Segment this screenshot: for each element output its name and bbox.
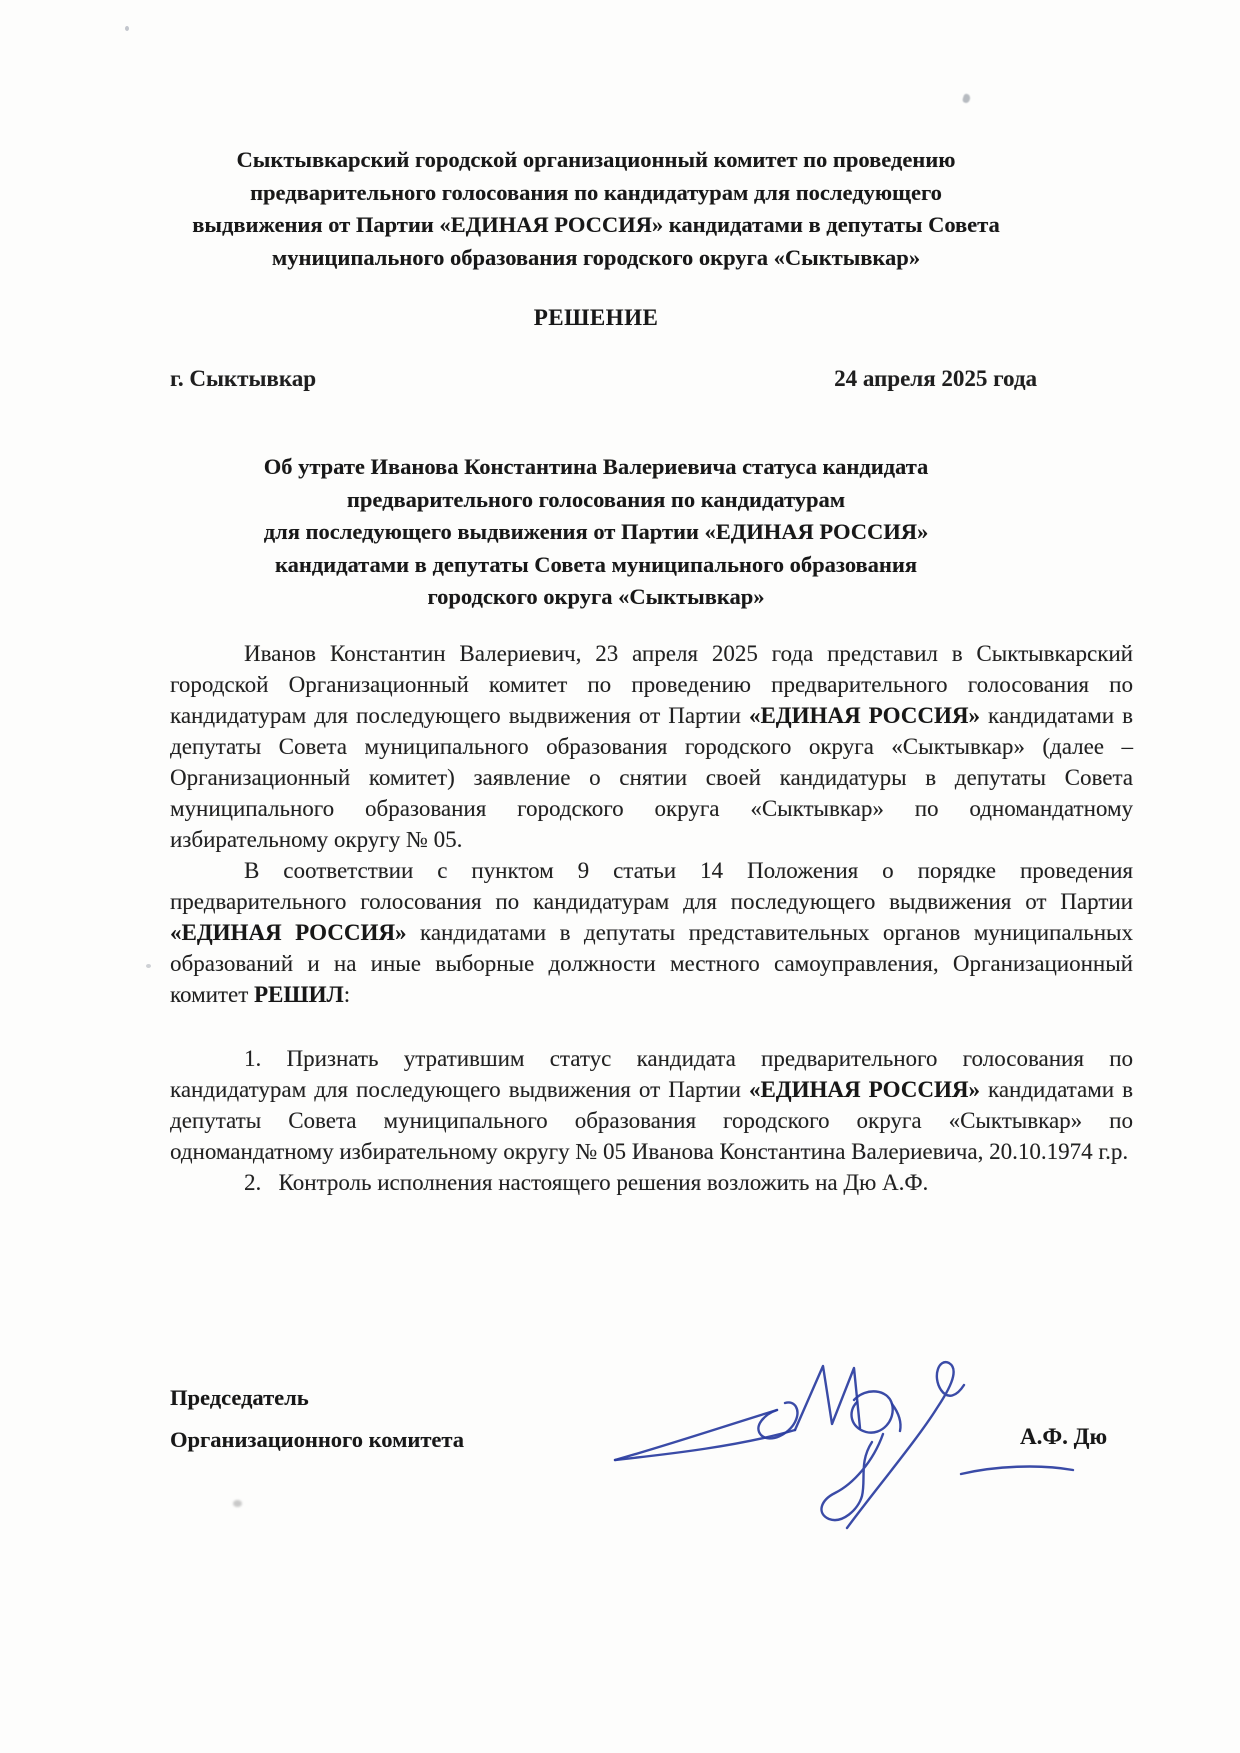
party-name-bold: «ЕДИНАЯ РОССИЯ»: [749, 703, 980, 728]
document-title: РЕШЕНИЕ: [170, 301, 1022, 334]
document-content: Сыктывкарский городской организационный …: [170, 0, 1133, 1198]
place-label: г. Сыктывкар: [170, 363, 316, 394]
decision-item-2: 2. Контроль исполнения настоящего решени…: [170, 1167, 1133, 1198]
decided-word-bold: РЕШИЛ: [254, 982, 344, 1007]
scan-artifact: [233, 1500, 242, 1507]
role-line: Председатель: [170, 1377, 464, 1419]
signature-stroke: [821, 1434, 883, 1520]
place-date-row: г. Сыктывкар 24 апреля 2025 года: [170, 363, 1037, 394]
header-line: Сыктывкарский городской организационный …: [170, 144, 1022, 177]
party-name-bold: «ЕДИНАЯ РОССИЯ»: [170, 920, 406, 945]
subject-block: Об утрате Иванова Константина Валериевич…: [170, 451, 1022, 614]
role-line: Организационного комитета: [170, 1419, 464, 1461]
signature-stroke: [615, 1430, 795, 1460]
subject-line: городского округа «Сыктывкар»: [170, 581, 1022, 614]
signatory-role: Председатель Организационного комитета: [170, 1377, 464, 1461]
paragraph-text: В соответствии с пунктом 9 статьи 14 Пол…: [170, 858, 1133, 914]
subject-line: предварительного голосования по кандидат…: [170, 484, 1022, 517]
signature-stroke: [758, 1402, 797, 1438]
scan-artifact: [146, 964, 151, 968]
header-line: предварительного голосования по кандидат…: [170, 177, 1022, 210]
signer-name: А.Ф. Дю: [1020, 1424, 1107, 1450]
paragraph-text: :: [344, 982, 350, 1007]
subject-line: кандидатами в депутаты Совета муниципаль…: [170, 549, 1022, 582]
header-line: муниципального образования городского ок…: [170, 242, 1022, 275]
decision-item-1: 1. Признать утратившим статус кандидата …: [170, 1043, 1133, 1167]
subject-line: для последующего выдвижения от Партии «Е…: [170, 516, 1022, 549]
signature-stroke: [615, 1410, 777, 1460]
signature-stroke: [847, 1362, 964, 1528]
signature-autograph: [595, 1350, 1095, 1565]
date-label: 24 апреля 2025 года: [834, 363, 1037, 394]
header-line: выдвижения от Партии «ЕДИНАЯ РОССИЯ» кан…: [170, 209, 1022, 242]
signature-stroke: [795, 1366, 860, 1430]
paragraph-1: Иванов Константин Валериевич, 23 апреля …: [170, 638, 1133, 855]
document-page: Сыктывкарский городской организационный …: [0, 0, 1240, 1753]
subject-line: Об утрате Иванова Константина Валериевич…: [170, 451, 1022, 484]
party-name-bold: «ЕДИНАЯ РОССИЯ»: [749, 1077, 980, 1102]
scan-artifact: [125, 26, 129, 31]
paragraph-2: В соответствии с пунктом 9 статьи 14 Пол…: [170, 855, 1133, 1010]
signature-stroke: [961, 1467, 1073, 1474]
document-header: Сыктывкарский городской организационный …: [170, 144, 1022, 274]
